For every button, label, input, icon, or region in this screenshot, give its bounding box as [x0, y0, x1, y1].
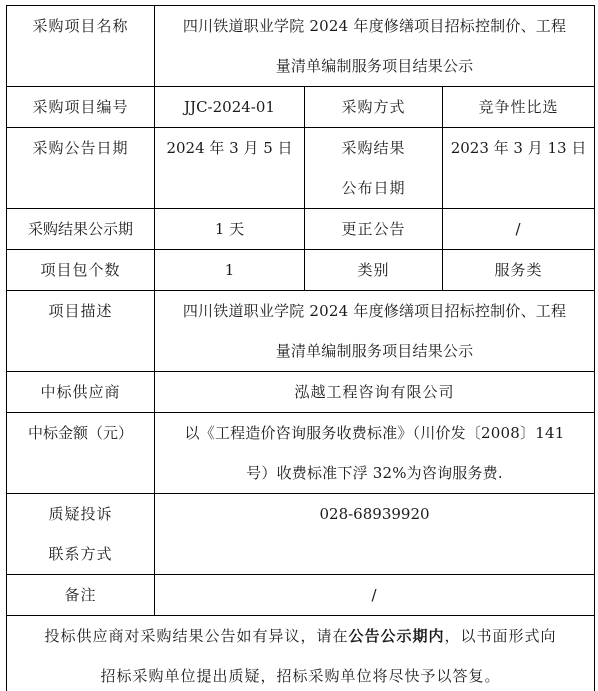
- footer-line1: 投标供应商对采购结果公告如有异议，请在公告公示期内，以书面形式向: [13, 616, 588, 656]
- result-publish-date-label: 采购结果 公布日期: [305, 128, 443, 209]
- project-number-value: JJC-2024-01: [155, 87, 305, 128]
- category-value: 服务类: [443, 250, 595, 291]
- row-description: 项目描述 四川铁道职业学院 2024 年度修缮项目招标控制价、工程 量清单编制服…: [7, 291, 595, 372]
- winning-amount-line2: 号）收费标准下浮 32%为咨询服务费.: [161, 453, 588, 493]
- footer-line1-after: ，以书面形式向: [445, 627, 557, 645]
- procurement-result-table: 采购项目名称 四川铁道职业学院 2024 年度修缮项目招标控制价、工程 量清单编…: [6, 5, 595, 691]
- row-footer-notice: 投标供应商对采购结果公告如有异议，请在公告公示期内，以书面形式向 招标采购单位提…: [7, 616, 595, 691]
- result-publish-date-label-line1: 采购结果: [311, 128, 436, 168]
- description-label: 项目描述: [7, 291, 155, 372]
- announcement-date-value: 2024 年 3 月 5 日: [155, 128, 305, 209]
- footer-line1-before: 投标供应商对采购结果公告如有异议，请在: [44, 627, 348, 645]
- row-package-count: 项目包个数 1 类别 服务类: [7, 250, 595, 291]
- result-period-value: 1 天: [155, 209, 305, 250]
- footer-line2: 招标采购单位提出质疑，招标采购单位将尽快予以答复。: [13, 656, 588, 691]
- project-number-label: 采购项目编号: [7, 87, 155, 128]
- procurement-method-label: 采购方式: [305, 87, 443, 128]
- remarks-label: 备注: [7, 575, 155, 616]
- complaint-contact-label: 质疑投诉 联系方式: [7, 494, 155, 575]
- result-period-label: 采购结果公示期: [7, 209, 155, 250]
- correction-notice-value: /: [443, 209, 595, 250]
- complaint-contact-label-line2: 联系方式: [13, 534, 148, 574]
- project-name-line2: 量清单编制服务项目结果公示: [161, 46, 588, 86]
- description-value: 四川铁道职业学院 2024 年度修缮项目招标控制价、工程 量清单编制服务项目结果…: [155, 291, 595, 372]
- remarks-value: /: [155, 575, 595, 616]
- result-publish-date-label-line2: 公布日期: [311, 168, 436, 208]
- project-name-label: 采购项目名称: [7, 6, 155, 87]
- project-name-line1: 四川铁道职业学院 2024 年度修缮项目招标控制价、工程: [161, 6, 588, 46]
- row-project-name: 采购项目名称 四川铁道职业学院 2024 年度修缮项目招标控制价、工程 量清单编…: [7, 6, 595, 87]
- row-project-number: 采购项目编号 JJC-2024-01 采购方式 竞争性比选: [7, 87, 595, 128]
- row-remarks: 备注 /: [7, 575, 595, 616]
- row-winning-supplier: 中标供应商 泓越工程咨询有限公司: [7, 372, 595, 413]
- package-count-value: 1: [155, 250, 305, 291]
- correction-notice-label: 更正公告: [305, 209, 443, 250]
- description-line1: 四川铁道职业学院 2024 年度修缮项目招标控制价、工程: [161, 291, 588, 331]
- procurement-method-value: 竞争性比选: [443, 87, 595, 128]
- category-label: 类别: [305, 250, 443, 291]
- winning-supplier-label: 中标供应商: [7, 372, 155, 413]
- row-announcement-date: 采购公告日期 2024 年 3 月 5 日 采购结果 公布日期 2023 年 3…: [7, 128, 595, 209]
- winning-supplier-value: 泓越工程咨询有限公司: [155, 372, 595, 413]
- result-publish-date-value: 2023 年 3 月 13 日: [443, 128, 595, 209]
- row-winning-amount: 中标金额（元） 以《工程造价咨询服务收费标准》（川价发〔2008〕141 号）收…: [7, 413, 595, 494]
- announcement-date-label: 采购公告日期: [7, 128, 155, 209]
- complaint-contact-label-line1: 质疑投诉: [13, 494, 148, 534]
- package-count-label: 项目包个数: [7, 250, 155, 291]
- footer-notice: 投标供应商对采购结果公告如有异议，请在公告公示期内，以书面形式向 招标采购单位提…: [7, 616, 595, 691]
- winning-amount-value: 以《工程造价咨询服务收费标准》（川价发〔2008〕141 号）收费标准下浮 32…: [155, 413, 595, 494]
- row-complaint-contact: 质疑投诉 联系方式 028-68939920: [7, 494, 595, 575]
- winning-amount-line1: 以《工程造价咨询服务收费标准》（川价发〔2008〕141: [161, 413, 588, 453]
- winning-amount-label: 中标金额（元）: [7, 413, 155, 494]
- complaint-contact-value: 028-68939920: [155, 494, 595, 575]
- row-result-period: 采购结果公示期 1 天 更正公告 /: [7, 209, 595, 250]
- project-name-value: 四川铁道职业学院 2024 年度修缮项目招标控制价、工程 量清单编制服务项目结果…: [155, 6, 595, 87]
- footer-line1-bold: 公告公示期内: [349, 627, 445, 645]
- description-line2: 量清单编制服务项目结果公示: [161, 331, 588, 371]
